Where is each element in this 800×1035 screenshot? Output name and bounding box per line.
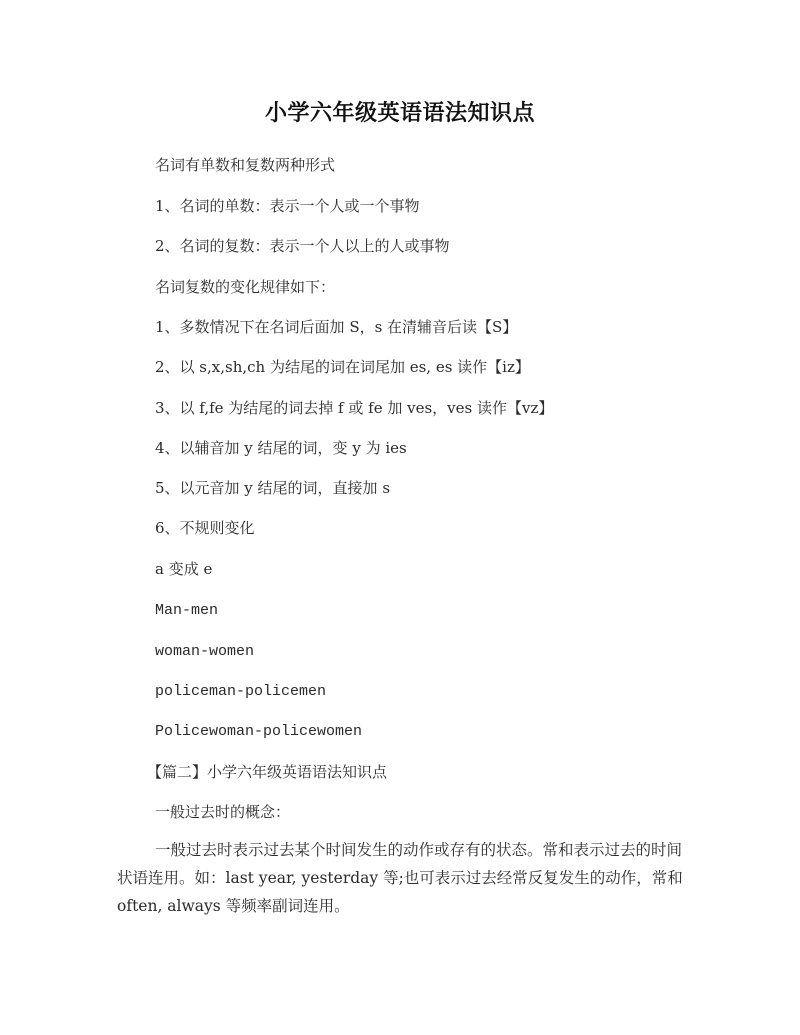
example-word: Policewoman-policewomen — [155, 720, 362, 744]
document-page: 小学六年级英语语法知识点 名词有单数和复数两种形式 1、名词的单数：表示一个人或… — [0, 0, 800, 1035]
document-title: 小学六年级英语语法知识点 — [0, 98, 800, 130]
plural-rule-item: 1、多数情况下在名词后面加 S，s 在清辅音后读【S】 — [155, 315, 517, 339]
section2-heading: 【篇二】小学六年级英语语法知识点 — [147, 760, 387, 784]
plural-rule-item: 5、以元音加 y 结尾的词，直接加 s — [155, 476, 390, 500]
plural-rule-item: 6、不规则变化 — [155, 516, 255, 540]
plural-rule-item: 4、以辅音加 y 结尾的词，变 y 为 ies — [155, 436, 407, 460]
example-word: policeman-policemen — [155, 680, 326, 704]
rules-heading: 名词复数的变化规律如下： — [155, 275, 335, 299]
past-tense-paragraph: 一般过去时表示过去某个时间发生的动作或存有的状态。常和表示过去的时间状语连用。如… — [117, 836, 687, 920]
noun-definition-item: 2、名词的复数：表示一个人以上的人或事物 — [155, 234, 450, 258]
section1-intro: 名词有单数和复数两种形式 — [155, 153, 335, 177]
example-word: Man-men — [155, 599, 218, 623]
example-word: woman-women — [155, 640, 254, 664]
plural-rule-item: 2、以 s,x,sh,ch 为结尾的词在词尾加 es, es 读作【iz】 — [155, 355, 530, 379]
section2-subheading: 一般过去时的概念： — [155, 800, 290, 824]
irregular-note: a 变成 e — [155, 557, 212, 581]
plural-rule-item: 3、以 f,fe 为结尾的词去掉 f 或 fe 加 ves，ves 读作【vz】 — [155, 396, 553, 420]
noun-definition-item: 1、名词的单数：表示一个人或一个事物 — [155, 194, 420, 218]
